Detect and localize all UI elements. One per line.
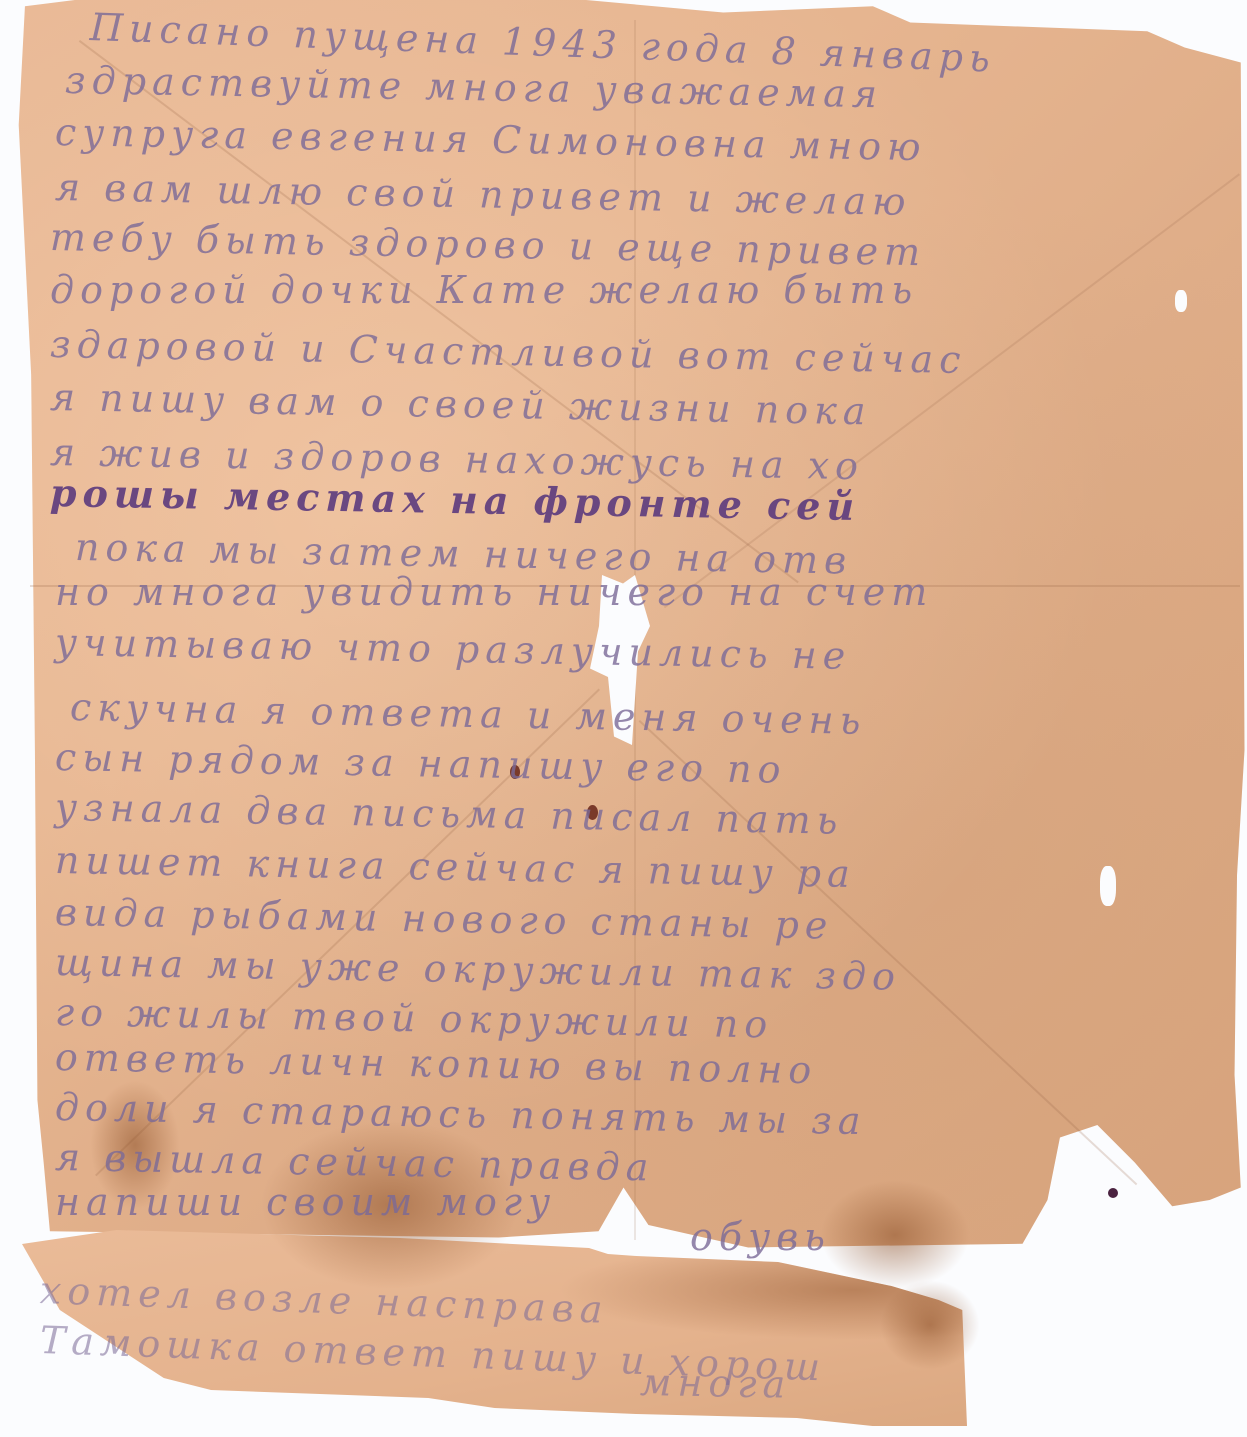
water-stain [260,1120,520,1290]
water-stain [90,1080,180,1210]
ink-spot [510,765,520,779]
small-hole [1175,290,1187,312]
ink-spot [1108,1188,1118,1198]
small-hole [1100,866,1116,906]
water-stain [880,1280,980,1370]
ink-spot [587,805,598,820]
water-stain [820,1180,970,1290]
